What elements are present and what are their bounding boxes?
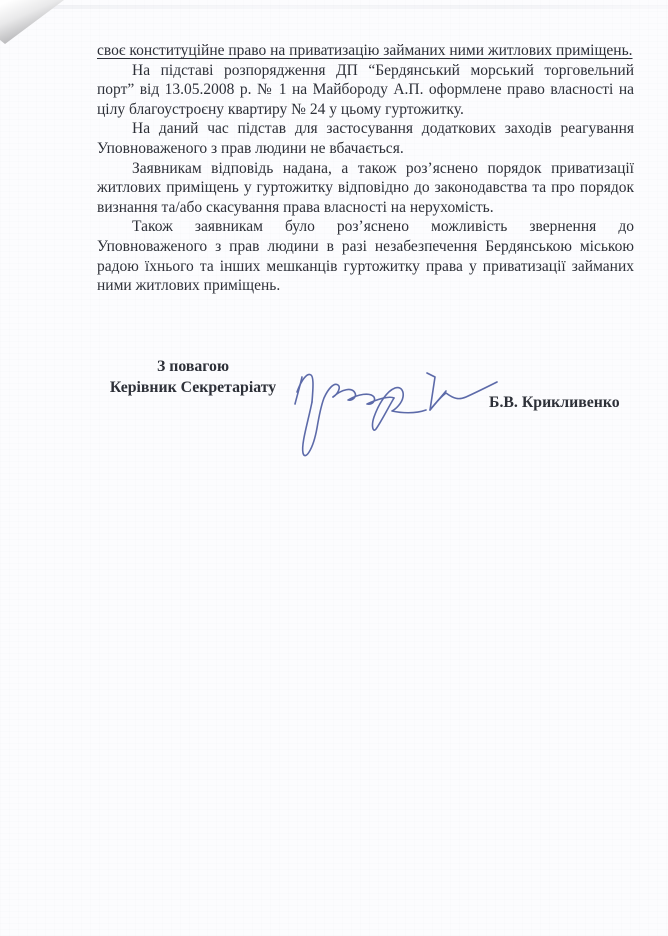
paragraph: На даний час підстав для застосування до… [97,119,634,158]
paragraph-continuation-underlined: своє конституційне право на приватизацію… [97,41,634,61]
handwritten-signature [288,356,506,484]
signer-name: Б.В. Крикливенко [489,394,620,412]
paragraph: Заявникам відповідь надана, а також роз’… [97,159,634,218]
letter-body: своє конституційне право на приватизацію… [97,41,634,296]
paragraph: Також заявникам було роз’яснено можливіс… [97,217,634,295]
salutation-text: З повагою [97,356,289,377]
signer-position: Керівник Секретаріату [97,377,289,398]
scanned-letter-page: своє конституційне право на приватизацію… [0,0,668,936]
paragraph: На підставі розпорядження ДП “Бердянськи… [97,61,634,120]
scan-edge-band [0,5,668,9]
salutation-block: З повагою Керівник Секретаріату [97,356,289,398]
